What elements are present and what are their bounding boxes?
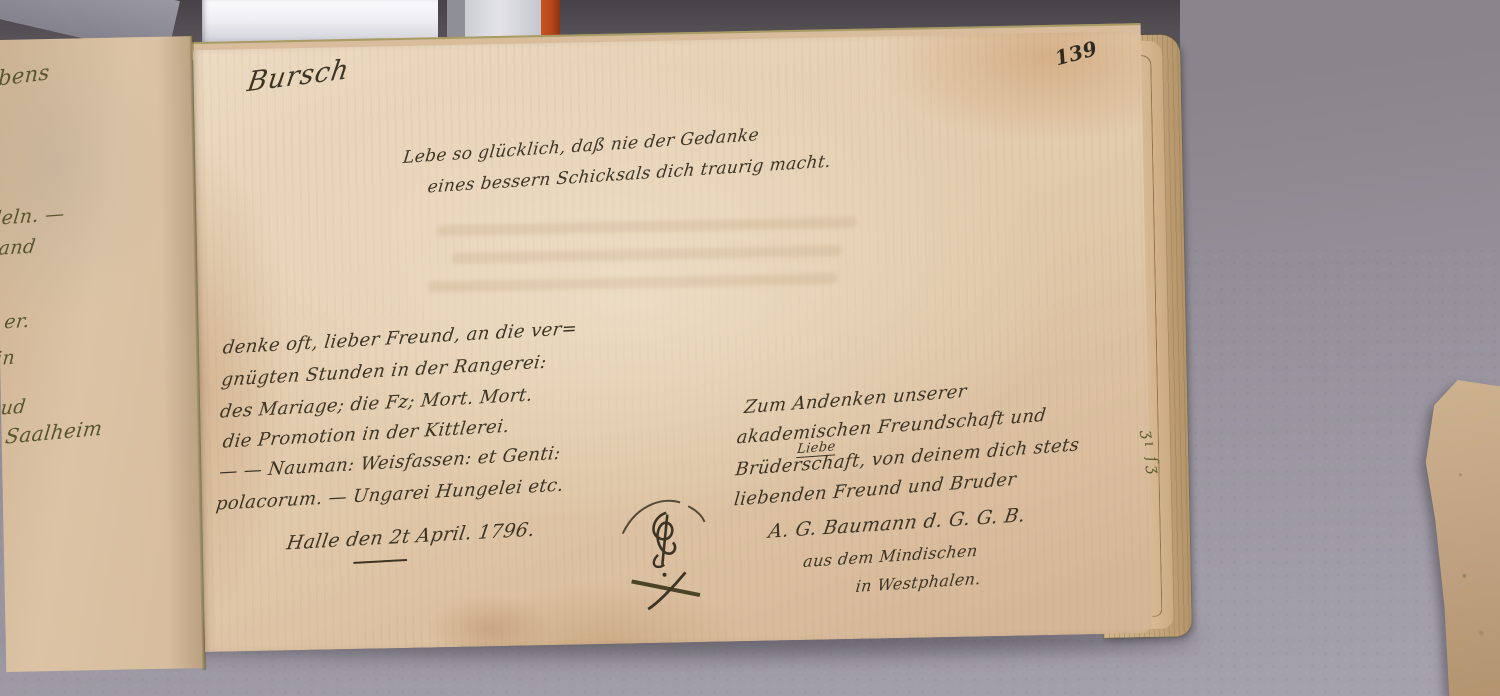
left-page-fragment: in	[0, 346, 16, 370]
left-page-fragment: iland	[0, 235, 37, 260]
show-through-line	[436, 217, 857, 236]
dateline: Halle den 2t April. 1796.	[285, 519, 536, 555]
header-inscription: Bursch	[245, 54, 352, 99]
signature: A. G. Baumann d. G. G. B.	[767, 504, 1027, 543]
origin-line: in Westphalen.	[855, 569, 982, 596]
left-page-fragment: deln. —	[0, 203, 66, 231]
dedication-line: polacorum. — Ungarei Hungelei etc.	[215, 475, 565, 515]
monogram-cipher	[610, 492, 717, 612]
dedication-line: gnügten Stunden in der Rangerei:	[220, 352, 548, 391]
left-page-fragment: d er.	[0, 310, 31, 335]
show-through-line	[451, 245, 842, 264]
album-photograph: 43 übens deln. — iland d er. in aud b Sa…	[0, 0, 1500, 696]
right-page: Bursch 139 Lebe so glücklich, daß nie de…	[193, 31, 1153, 652]
dateline-underline	[353, 559, 407, 564]
left-page-fragment: b Saalheim	[0, 416, 104, 451]
left-page-fragment: aud	[0, 395, 27, 420]
page-number: 139	[1052, 36, 1100, 70]
left-page-fragment: übens	[0, 60, 50, 93]
origin-line: aus dem Mindischen	[802, 541, 979, 571]
show-through-line	[427, 273, 838, 292]
open-album-book: 43 übens deln. — iland d er. in aud b Sa…	[0, 8, 1206, 672]
left-page: übens deln. — iland d er. in aud b Saalh…	[0, 36, 204, 672]
